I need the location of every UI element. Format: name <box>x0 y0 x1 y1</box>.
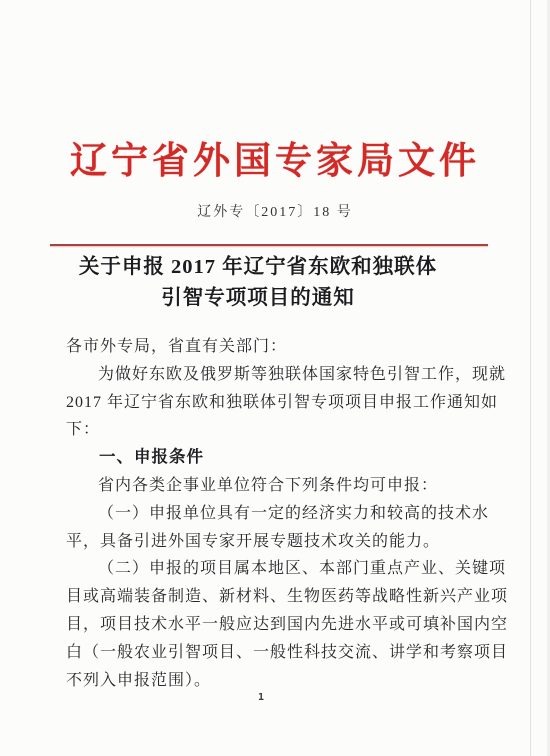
body-line: （一）申报单位具有一定的经济实力和较高的技术水 <box>66 500 506 528</box>
body-line: 2017 年辽宁省东欧和独联体引智专项项目申报工作通知如 <box>66 389 506 417</box>
document-page: 辽宁省外国专家局文件 辽外专〔2017〕18 号 关于申报 2017 年辽宁省东… <box>0 0 550 756</box>
page-number: 1 <box>0 692 522 703</box>
body-line: 下： <box>66 416 506 444</box>
body-line: 目或高端装备制造、新材料、生物医药等战略性新兴产业项 <box>66 583 506 611</box>
body-line: 目，项目技术水平一般应达到国内先进水平或可填补国内空 <box>66 611 506 639</box>
document-title-line-2: 引智专项项目的通知 <box>0 283 533 314</box>
salutation-line: 各市外专局，省直有关部门： <box>66 333 506 361</box>
document-body: 各市外专局，省直有关部门： 为做好东欧及俄罗斯等独联体国家特色引智工作，现就 2… <box>66 333 506 694</box>
body-line: 白（一般农业引智项目、一般性科技交流、讲学和考察项目 <box>66 639 506 667</box>
document-title-line-1: 关于申报 2017 年辽宁省东欧和独联体 <box>0 252 533 283</box>
document-title: 关于申报 2017 年辽宁省东欧和独联体 引智专项项目的通知 <box>0 252 533 314</box>
section-heading: 一、申报条件 <box>66 444 506 472</box>
body-line: 为做好东欧及俄罗斯等独联体国家特色引智工作，现就 <box>66 361 506 389</box>
body-line: （二）申报的项目属本地区、本部门重点产业、关键项 <box>66 555 506 583</box>
document-number: 辽外专〔2017〕18 号 <box>0 201 550 221</box>
body-line: 不列入申报范围）。 <box>66 667 506 695</box>
red-header-divider <box>50 244 488 246</box>
scan-edge-line <box>530 0 531 756</box>
agency-header-title: 辽宁省外国专家局文件 <box>0 130 550 184</box>
body-line: 省内各类企事业单位符合下列条件均可申报： <box>66 472 506 500</box>
body-line: 平，具备引进外国专家开展专题技术攻关的能力。 <box>66 528 506 556</box>
